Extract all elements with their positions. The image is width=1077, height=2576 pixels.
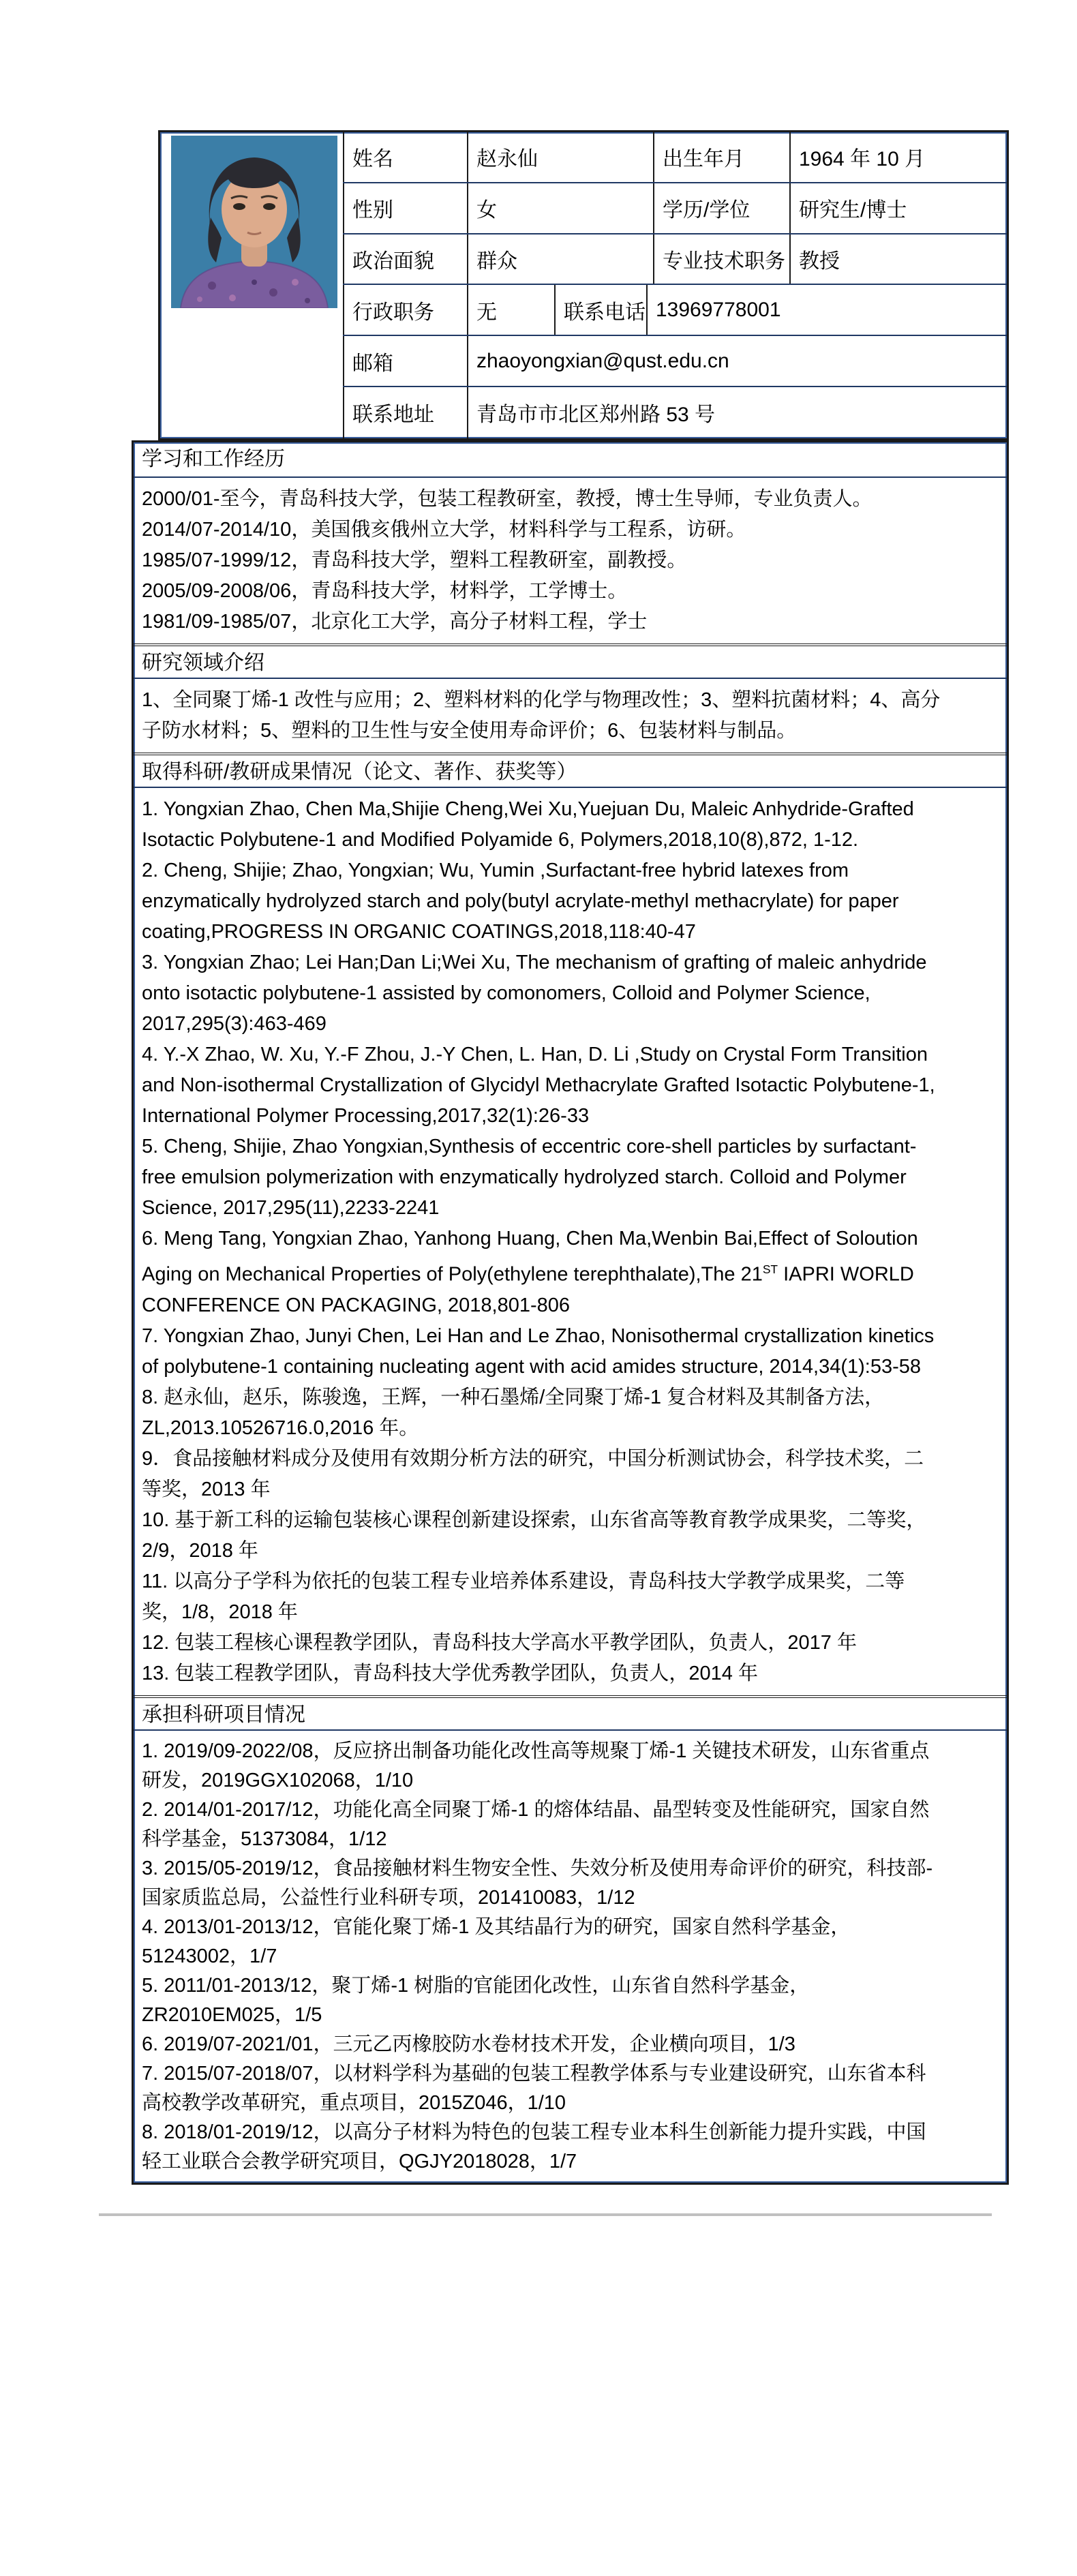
project-item: 7. 2015/07-2018/07，以材料学科为基础的包装工程教学体系与专业建…: [142, 2059, 942, 2118]
project-item: 4. 2013/01-2013/12，官能化聚丁烯-1 及其结晶行为的研究，国家…: [142, 1913, 942, 1971]
history-line: 2014/07-2014/10，美国俄亥俄州立大学，材料科学与工程系，访研。: [142, 515, 942, 545]
info-row-email: 邮箱 zhaoyongxian@qust.edu.cn: [343, 336, 1007, 387]
history-line: 1981/09-1985/07，北京化工大学，高分子材料工程，学士: [142, 607, 942, 637]
section-title-research: 研究领域介绍: [134, 643, 1007, 679]
publication-item: 8. 赵永仙，赵乐，陈骏逸，王辉，一种石墨烯/全同聚丁烯-1 复合材料及其制备方…: [142, 1382, 942, 1444]
address-label: 联系地址: [343, 387, 467, 438]
history-line: 2005/09-2008/06，青岛科技大学，材料学，工学博士。: [142, 576, 942, 607]
gender-value: 女: [467, 183, 653, 233]
info-row-gender-education: 性别 女 学历/学位 研究生/博士: [343, 183, 1007, 234]
info-row-address: 联系地址 青岛市市北区郑州路 53 号: [343, 387, 1007, 438]
name-label: 姓名: [343, 132, 467, 182]
education-label: 学历/学位: [653, 183, 789, 233]
history-line: 1985/07-1999/12，青岛科技大学，塑料工程教研室，副教授。: [142, 545, 942, 576]
projects-list: 1. 2019/09-2022/08，反应挤出制备功能化改性高等规聚丁烯-1 关…: [134, 1731, 1007, 2183]
project-item: 1. 2019/09-2022/08，反应挤出制备功能化改性高等规聚丁烯-1 关…: [142, 1737, 942, 1795]
photo-cell: [160, 132, 343, 438]
publication-item: 6. Meng Tang, Yongxian Zhao, Yanhong Hua…: [142, 1224, 942, 1321]
name-value: 赵永仙: [467, 132, 653, 182]
history-line: 2000/01-至今，青岛科技大学，包装工程教研室，教授，博士生导师，专业负责人…: [142, 484, 942, 515]
research-areas: 1、全同聚丁烯-1 改性与应用；2、塑料材料的化学与物理改性；3、塑料抗菌材料；…: [134, 679, 1007, 753]
project-item: 8. 2018/01-2019/12，以高分子材料为特色的包装工程专业本科生创新…: [142, 2118, 942, 2177]
publication-item: 9．食品接触材料成分及使用有效期分析方法的研究，中国分析测试协会，科学技术奖，二…: [142, 1444, 942, 1505]
admin-value: 无: [467, 285, 554, 335]
project-item: 6. 2019/07-2021/01，三元乙丙橡胶防水卷材技术开发，企业横向项目…: [142, 2030, 942, 2059]
publication-item: 2. Cheng, Shijie; Zhao, Yongxian; Wu, Yu…: [142, 855, 942, 948]
info-row-name-birth: 姓名 赵永仙 出生年月 1964 年 10 月: [343, 132, 1007, 183]
info-row-admin-phone: 行政职务 无 联系电话 13969778001: [343, 285, 1007, 336]
title-value: 教授: [789, 234, 1007, 284]
publication-item: 5. Cheng, Shijie, Zhao Yongxian,Synthesi…: [142, 1132, 942, 1224]
phone-value: 13969778001: [646, 285, 1007, 335]
publication-item: 4. Y.-X Zhao, W. Xu, Y.-F Zhou, J.-Y Che…: [142, 1040, 942, 1132]
birth-value: 1964 年 10 月: [789, 132, 1007, 182]
publication-item: 7. Yongxian Zhao, Junyi Chen, Lei Han an…: [142, 1321, 942, 1382]
section-title-achievements: 取得科研/教研成果情况（论文、著作、获奖等）: [134, 753, 1007, 788]
faculty-profile-document: 姓名 赵永仙 出生年月 1964 年 10 月 性别 女 学历/学位 研究生/博…: [0, 130, 1077, 2216]
publication-item: 3. Yongxian Zhao; Lei Han;Dan Li;Wei Xu,…: [142, 948, 942, 1040]
research-areas-text: 1、全同聚丁烯-1 改性与应用；2、塑料材料的化学与物理改性；3、塑料抗菌材料；…: [142, 685, 942, 746]
education-value: 研究生/博士: [789, 183, 1007, 233]
project-item: 2. 2014/01-2017/12，功能化高全同聚丁烯-1 的熔体结晶、晶型转…: [142, 1795, 942, 1854]
info-row-political-title: 政治面貌 群众 专业技术职务 教授: [343, 234, 1007, 286]
address-value: 青岛市市北区郑州路 53 号: [467, 387, 1007, 438]
history-list: 2000/01-至今，青岛科技大学，包装工程教研室，教授，博士生导师，专业负责人…: [134, 478, 1007, 643]
political-value: 群众: [467, 234, 653, 284]
political-label: 政治面貌: [343, 234, 467, 284]
project-item: 3. 2015/05-2019/12，食品接触材料生物安全性、失效分析及使用寿命…: [142, 1854, 942, 1913]
info-grid: 姓名 赵永仙 出生年月 1964 年 10 月 性别 女 学历/学位 研究生/博…: [343, 132, 1007, 438]
profile-sections-table: 学习和工作经历 2000/01-至今，青岛科技大学，包装工程教研室，教授，博士生…: [132, 440, 1009, 2185]
profile-photo: [171, 136, 337, 308]
achievements-list: 1. Yongxian Zhao, Chen Ma,Shijie Cheng,W…: [134, 788, 1007, 1695]
title-label: 专业技术职务: [653, 234, 789, 284]
gender-label: 性别: [343, 183, 467, 233]
birth-label: 出生年月: [653, 132, 789, 182]
email-label: 邮箱: [343, 336, 467, 386]
publication-item: 1. Yongxian Zhao, Chen Ma,Shijie Cheng,W…: [142, 794, 942, 855]
publication-item: 12. 包装工程核心课程教学团队，青岛科技大学高水平教学团队，负责人，2017 …: [142, 1628, 942, 1658]
project-item: 5. 2011/01-2013/12，聚丁烯-1 树脂的官能团化改性，山东省自然…: [142, 1971, 942, 2030]
bottom-divider: [99, 2213, 992, 2216]
phone-label: 联系电话: [554, 285, 646, 335]
admin-label: 行政职务: [343, 285, 467, 335]
section-title-projects: 承担科研项目情况: [134, 1695, 1007, 1731]
publication-item: 10. 基于新工科的运输包装核心课程创新建设探索，山东省高等教育教学成果奖，二等…: [142, 1505, 942, 1566]
section-title-history: 学习和工作经历: [134, 442, 1007, 478]
publication-item: 11. 以高分子学科为依托的包装工程专业培养体系建设，青岛科技大学教学成果奖，二…: [142, 1566, 942, 1628]
publication-item: 13. 包装工程教学团队，青岛科技大学优秀教学团队，负责人，2014 年: [142, 1658, 942, 1689]
profile-info-table: 姓名 赵永仙 出生年月 1964 年 10 月 性别 女 学历/学位 研究生/博…: [158, 130, 1009, 440]
email-value: zhaoyongxian@qust.edu.cn: [467, 336, 1007, 386]
